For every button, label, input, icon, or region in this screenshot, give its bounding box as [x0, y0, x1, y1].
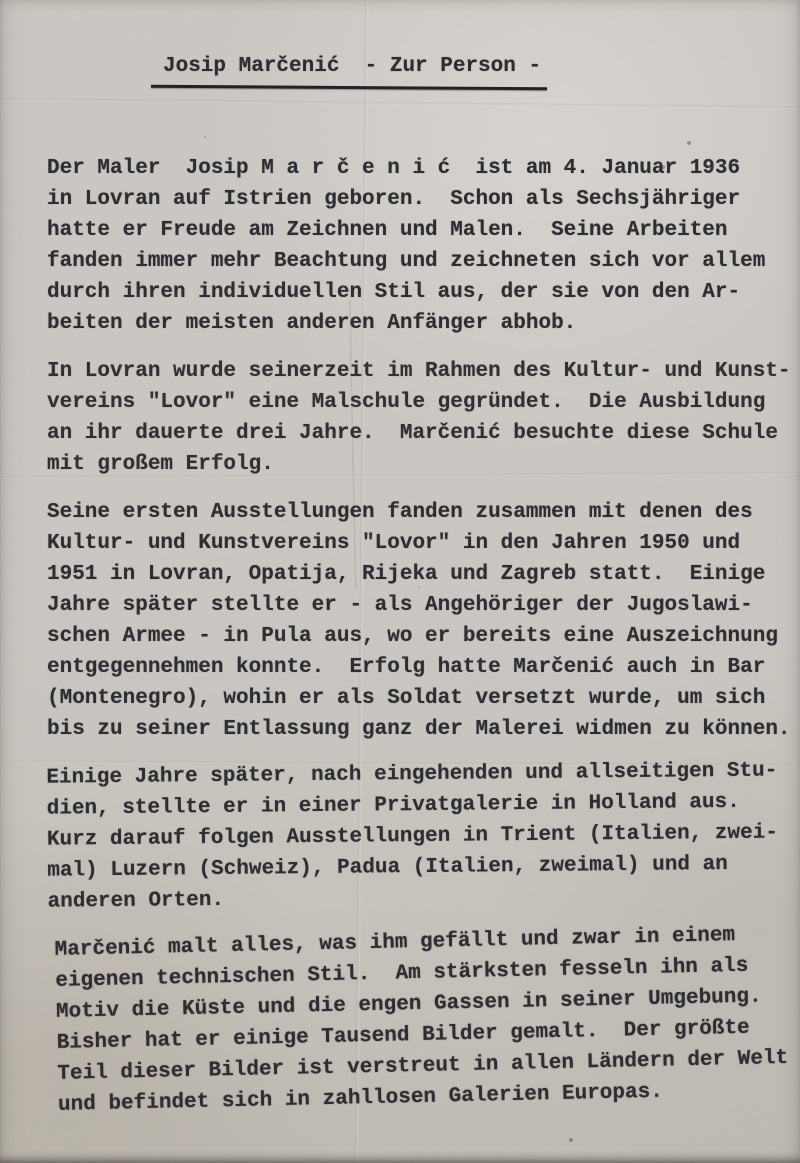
paragraph-5: Marčenić malt alles, was ihm gefällt und… [43, 919, 800, 1121]
document-title: Josip Marčenić - Zur Person - [163, 54, 800, 80]
text-line: 1951 in Lovran, Opatija, Rijeka und Zagr… [47, 559, 800, 590]
text-line: schen Armee - in Pula aus, wo er bereits… [47, 621, 800, 652]
text-line: an ihr dauerte drei Jahre. Marčenić besu… [47, 418, 800, 449]
text-line: mit großem Erfolg. [47, 449, 800, 480]
fold-crease-top [0, 98, 800, 109]
paragraph-4: Einige Jahre später, nach eingehenden un… [46, 755, 800, 917]
paragraph-2: In Lovran wurde seinerzeit im Rahmen des… [47, 356, 800, 480]
text-line: Seine ersten Ausstellungen fanden zusamm… [47, 497, 800, 528]
scanned-document-page: Josip Marčenić - Zur Person - Der Maler … [0, 0, 800, 1163]
document-header: Josip Marčenić - Zur Person - [0, 0, 800, 89]
text-line: entgegennehmen konnte. Erfolg hatte Marč… [47, 652, 800, 683]
text-line: Jahre später stellte er - als Angehörige… [47, 590, 800, 621]
text-line: Kultur- und Kunstvereins "Lovor" in den … [47, 528, 800, 559]
text-line: In Lovran wurde seinerzeit im Rahmen des… [47, 356, 800, 387]
document-body: Der Maler Josip M a r č e n i ć ist am 4… [0, 153, 800, 1120]
text-line: durch ihren individuellen Stil aus, der … [47, 277, 800, 308]
text-line: bis zu seiner Entlassung ganz der Malere… [47, 714, 800, 745]
text-line: vereins "Lovor" eine Malschule gegründet… [47, 387, 800, 418]
text-line: anderen Orten. [47, 879, 800, 917]
paragraph-3: Seine ersten Ausstellungen fanden zusamm… [47, 497, 800, 745]
text-line: Der Maler Josip M a r č e n i ć ist am 4… [47, 153, 800, 184]
text-line: in Lovran auf Istrien geboren. Schon als… [47, 184, 800, 215]
text-line: hatte er Freude am Zeichnen und Malen. S… [47, 215, 800, 246]
paragraph-1: Der Maler Josip M a r č e n i ć ist am 4… [47, 153, 800, 339]
text-line: (Montenegro), wohin er als Soldat verset… [47, 683, 800, 714]
text-line: fanden immer mehr Beachtung und zeichnet… [47, 246, 800, 277]
text-line: beiten der meisten anderen Anfänger abho… [47, 308, 800, 339]
title-underline [151, 85, 547, 90]
